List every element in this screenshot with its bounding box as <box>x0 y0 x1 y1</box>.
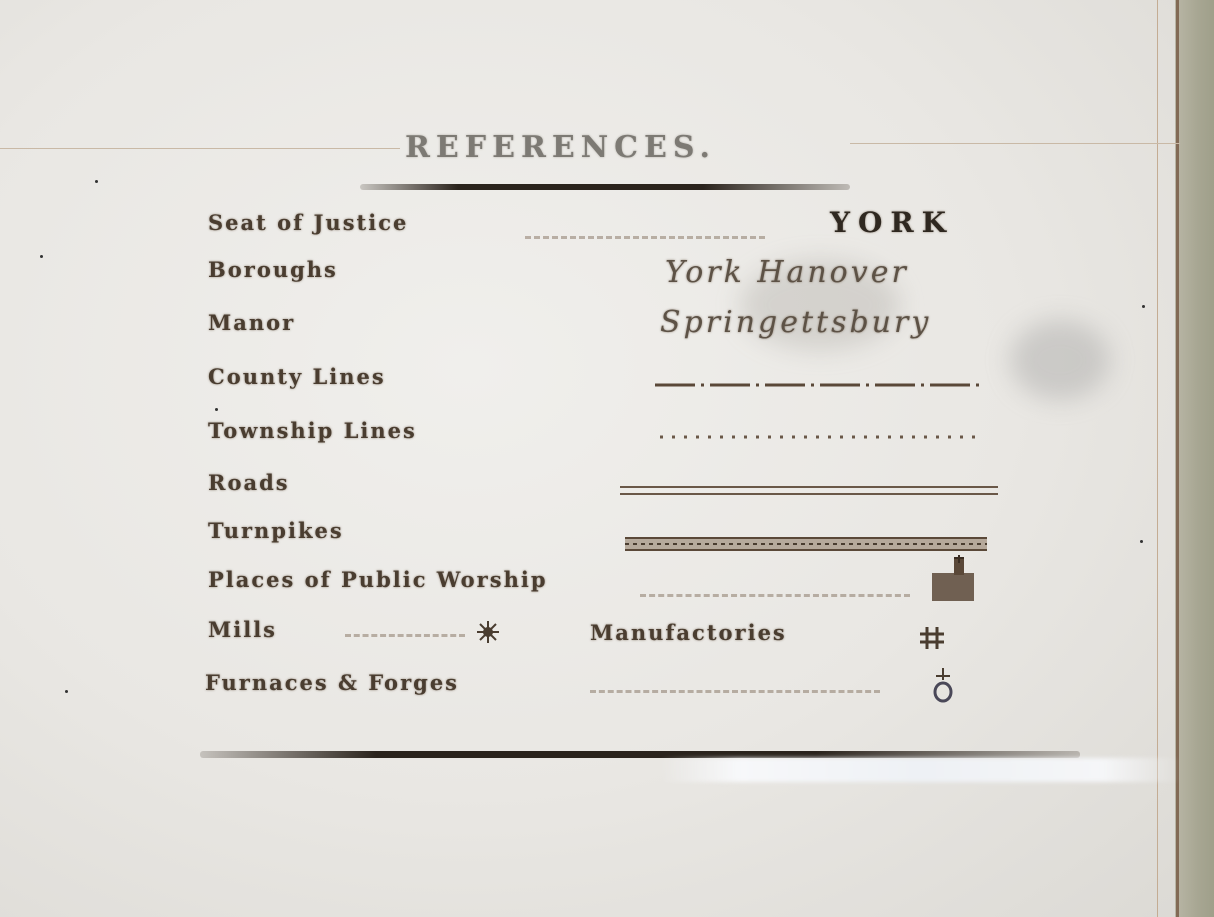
leader-dashes <box>640 594 910 597</box>
legend-label-township-lines: Township Lines <box>208 418 417 443</box>
speck <box>65 690 68 693</box>
legend-label-manufactories: Manufactories <box>590 620 787 645</box>
legend-title: REFERENCES. <box>405 130 716 165</box>
legend-label-manor: Manor <box>208 310 295 335</box>
speck <box>40 255 43 258</box>
leader-dashes <box>345 634 465 637</box>
legend-value-boroughs: York Hanover <box>665 255 909 290</box>
road-symbol-icon <box>620 484 998 498</box>
township-line-symbol-icon <box>660 432 980 442</box>
legend-label-county-lines: County Lines <box>208 364 386 389</box>
leader-dashes <box>590 690 880 693</box>
legend-value-manor: Springettsbury <box>660 305 931 340</box>
county-line-symbol-icon <box>655 380 985 390</box>
leader-dashes <box>525 236 765 239</box>
mill-wheel-icon <box>476 620 500 644</box>
turnpike-symbol-icon <box>625 536 987 552</box>
title-underline <box>360 184 850 190</box>
church-icon <box>928 555 978 610</box>
paper-tear <box>660 758 1180 782</box>
legend-label-furnaces-forges: Furnaces & Forges <box>205 670 459 695</box>
legend-label-roads: Roads <box>208 470 290 495</box>
legend-label-seat-of-justice: Seat of Justice <box>208 210 408 235</box>
mount-border <box>1175 0 1214 917</box>
stain <box>1010 320 1110 400</box>
legend-label-mills: Mills <box>208 617 277 642</box>
legend-label-boroughs: Boroughs <box>208 257 338 282</box>
legend-label-places-of-worship: Places of Public Worship <box>208 567 548 592</box>
fold-line-left <box>0 148 400 149</box>
fold-line-right <box>850 143 1180 144</box>
legend-label-turnpikes: Turnpikes <box>208 518 344 543</box>
speck <box>215 408 218 411</box>
furnace-icon <box>930 668 956 704</box>
legend-value-york: YORK <box>830 206 954 239</box>
legend-bottom-rule <box>200 751 1080 758</box>
speck <box>95 180 98 183</box>
speck <box>1142 305 1145 308</box>
speck <box>1140 540 1143 543</box>
factory-cross-icon <box>918 625 946 651</box>
